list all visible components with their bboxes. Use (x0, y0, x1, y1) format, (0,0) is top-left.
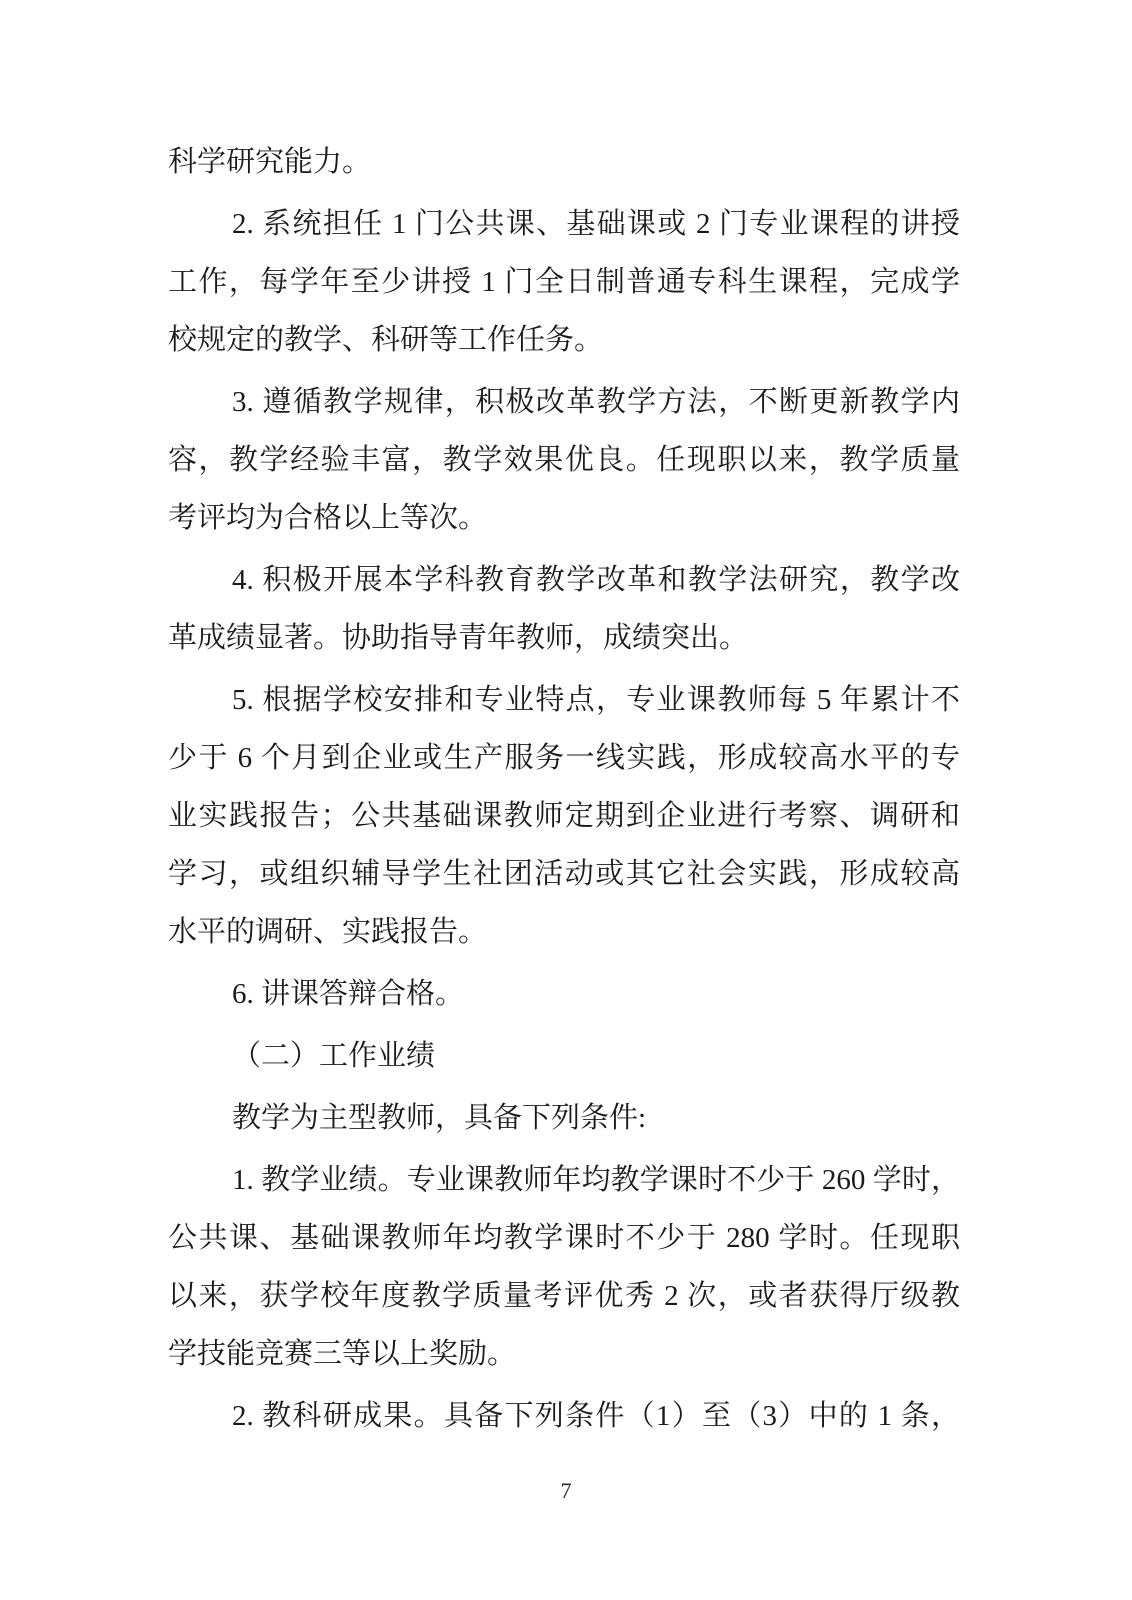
page-footer: 7 (0, 1478, 1132, 1504)
text-line: （二）工作业绩 (168, 1027, 960, 1085)
text-line: 以来，获学校年度教学质量考评优秀 2 次，或者获得厅级教 (168, 1267, 960, 1325)
text-line: 2. 系统担任 1 门公共课、基础课或 2 门专业课程的讲授 (168, 195, 960, 253)
text-line: 科学研究能力。 (168, 133, 960, 191)
paragraph: 5. 根据学校安排和专业特点，专业课教师每 5 年累计不少于 6 个月到企业或生… (168, 671, 960, 961)
text-line: 5. 根据学校安排和专业特点，专业课教师每 5 年累计不 (168, 671, 960, 729)
text-line: 2. 教科研成果。具备下列条件（1）至（3）中的 1 条， (168, 1387, 960, 1445)
text-line: 工作，每学年至少讲授 1 门全日制普通专科生课程，完成学 (168, 253, 960, 311)
text-line: 1. 教学业绩。专业课教师年均教学课时不少于 260 学时， (168, 1151, 960, 1209)
document-page: 科学研究能力。2. 系统担任 1 门公共课、基础课或 2 门专业课程的讲授工作，… (0, 0, 1132, 1600)
text-line: 考评均为合格以上等次。 (168, 489, 960, 547)
paragraph: 教学为主型教师，具备下列条件: (168, 1089, 960, 1147)
text-line: 学技能竞赛三等以上奖励。 (168, 1325, 960, 1383)
text-line: 业实践报告；公共基础课教师定期到企业进行考察、调研和 (168, 787, 960, 845)
text-line: 3. 遵循教学规律，积极改革教学方法，不断更新教学内 (168, 373, 960, 431)
text-line: 教学为主型教师，具备下列条件: (168, 1089, 960, 1147)
text-line: 学习，或组织辅导学生社团活动或其它社会实践，形成较高 (168, 845, 960, 903)
text-line: 容，教学经验丰富，教学效果优良。任现职以来，教学质量 (168, 431, 960, 489)
paragraph: 科学研究能力。 (168, 133, 960, 191)
text-line: 校规定的教学、科研等工作任务。 (168, 311, 960, 369)
paragraph: 4. 积极开展本学科教育教学改革和教学法研究，教学改革成绩显著。协助指导青年教师… (168, 551, 960, 667)
paragraph: 2. 教科研成果。具备下列条件（1）至（3）中的 1 条， (168, 1387, 960, 1445)
page-number: 7 (561, 1478, 572, 1503)
paragraph: 6. 讲课答辩合格。 (168, 965, 960, 1023)
paragraph: 2. 系统担任 1 门公共课、基础课或 2 门专业课程的讲授工作，每学年至少讲授… (168, 195, 960, 369)
document-body: 科学研究能力。2. 系统担任 1 门公共课、基础课或 2 门专业课程的讲授工作，… (168, 133, 960, 1445)
text-line: 革成绩显著。协助指导青年教师，成绩突出。 (168, 609, 960, 667)
text-line: 6. 讲课答辩合格。 (168, 965, 960, 1023)
text-line: 公共课、基础课教师年均教学课时不少于 280 学时。任现职 (168, 1209, 960, 1267)
text-line: 少于 6 个月到企业或生产服务一线实践，形成较高水平的专 (168, 729, 960, 787)
paragraph: 1. 教学业绩。专业课教师年均教学课时不少于 260 学时，公共课、基础课教师年… (168, 1151, 960, 1383)
paragraph: （二）工作业绩 (168, 1027, 960, 1085)
text-line: 4. 积极开展本学科教育教学改革和教学法研究，教学改 (168, 551, 960, 609)
paragraph: 3. 遵循教学规律，积极改革教学方法，不断更新教学内容，教学经验丰富，教学效果优… (168, 373, 960, 547)
text-line: 水平的调研、实践报告。 (168, 903, 960, 961)
